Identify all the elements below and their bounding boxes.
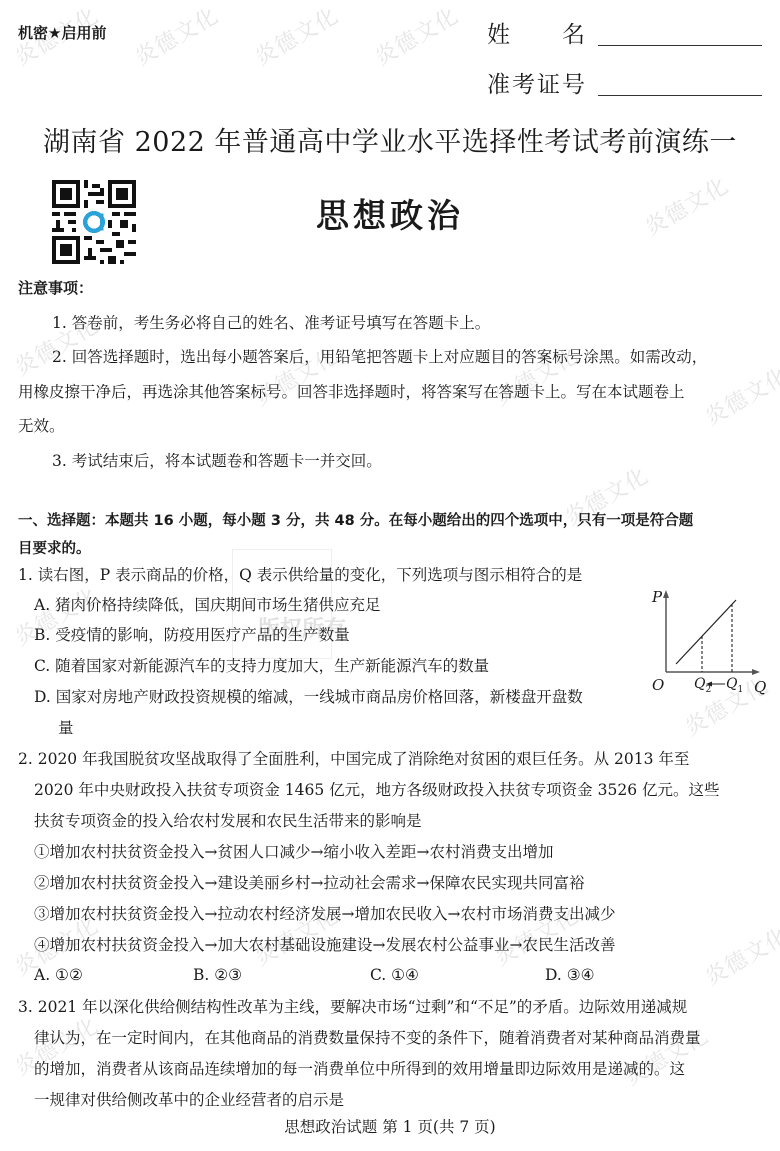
notice-item: 无效。	[18, 417, 65, 435]
question-2-statement-3: ③增加农村扶贫资金投入→拉动农村经济发展→增加农民收入→农村市场消费支出减少	[34, 905, 615, 923]
section-heading-cont: 目要求的。	[18, 540, 91, 558]
name-label: 姓 名	[487, 16, 587, 49]
question-3-stem-cont: 一规律对供给侧改革中的企业经营者的启示是	[34, 1091, 344, 1109]
question-1-option-b[interactable]: B. 受疫情的影响，防疫用医疗产品的生产数量	[34, 626, 350, 644]
question-2-choice-d[interactable]: D. ③④	[545, 966, 595, 984]
page-footer: 思想政治试题 第 1 页(共 7 页)	[0, 1115, 780, 1137]
q1-label: Q1	[726, 676, 743, 695]
notice-item: 3. 考试结束后，将本试题卷和答题卡一并交回。	[52, 452, 382, 470]
question-3-stem-cont: 律认为，在一定时间内，在其他商品的消费数量保持不变的条件下，随着消费者对某种商品…	[34, 1029, 701, 1047]
question-2-choice-c[interactable]: C. ①④	[370, 966, 419, 984]
question-1-option-d[interactable]: D. 国家对房地产财政投资规模的缩减，一线城市商品房价格回落，新楼盘开盘数	[34, 688, 583, 706]
supply-graph: P O Q Q2 Q1	[650, 590, 770, 700]
question-2-statement-1: ①增加农村扶贫资金投入→贫困人口减少→缩小收入差距→农村消费支出增加	[34, 843, 553, 861]
watermark: 炎德文化	[128, 0, 223, 72]
watermark: 炎德文化	[698, 919, 780, 992]
exam-id-field[interactable]	[598, 95, 762, 96]
watermark: 炎德文化	[368, 0, 463, 72]
question-1-stem: 1. 读右图，P 表示商品的价格，Q 表示供给量的变化，下列选项与图示相符合的是	[18, 566, 582, 584]
name-field[interactable]	[598, 45, 762, 46]
question-3-stem: 3. 2021 年以深化供给侧结构性改革为主线，要解决市场“过剩”和“不足”的矛…	[18, 998, 687, 1016]
x-axis-label: Q	[754, 678, 766, 696]
origin-label: O	[652, 676, 664, 694]
secret-mark: 机密★启用前	[18, 22, 106, 43]
question-2-choice-a[interactable]: A. ①②	[34, 966, 83, 984]
section-heading: 一、选择题：本题共 16 小题，每小题 3 分，共 48 分。在每小题给出的四个…	[18, 512, 693, 530]
question-2-stem: 2. 2020 年我国脱贫攻坚战取得了全面胜利，中国完成了消除绝对贫困的艰巨任务…	[18, 750, 689, 768]
question-2-statement-2: ②增加农村扶贫资金投入→建设美丽乡村→拉动社会需求→保障农民实现共同富裕	[34, 874, 584, 892]
y-axis-label: P	[652, 588, 662, 606]
question-1-option-c[interactable]: C. 随着国家对新能源汽车的支持力度加大，生产新能源汽车的数量	[34, 657, 489, 675]
notice-item: 2. 回答选择题时，选出每小题答案后，用铅笔把答题卡上对应题目的答案标号涂黑。如…	[52, 348, 707, 366]
question-2-stem-cont: 扶贫专项资金的投入给农村发展和农民生活带来的影响是	[34, 812, 422, 830]
question-1-option-d-cont: 量	[58, 719, 74, 737]
subject-title: 思想政治	[0, 190, 780, 237]
exam-id-label: 准考证号	[487, 66, 587, 99]
question-2-statement-4: ④增加农村扶贫资金投入→加大农村基础设施建设→发展农村公益事业→农民生活改善	[34, 936, 615, 954]
notice-item: 1. 答卷前，考生务必将自己的姓名、准考证号填写在答题卡上。	[52, 314, 490, 332]
question-2-stem-cont: 2020 年中央财政投入扶贫专项资金 1465 亿元，地方各级财政投入扶贫专项资…	[34, 781, 719, 799]
question-2-choice-b[interactable]: B. ②③	[193, 966, 242, 984]
watermark: 炎德文化	[248, 0, 343, 72]
notice-item: 用橡皮擦干净后，再选涂其他答案标号。回答非选择题时，将答案写在答题卡上。写在本试…	[18, 383, 685, 401]
question-3-stem-cont: 的增加，消费者从该商品连续增加的每一消费单位中所得到的效用增量即边际效用是递减的…	[34, 1060, 685, 1078]
q2-label: Q2	[694, 676, 711, 695]
notice-heading: 注意事项：	[18, 277, 93, 298]
question-1-option-a[interactable]: A. 猪肉价格持续降低，国庆期间市场生猪供应充足	[34, 596, 381, 614]
exam-title: 湖南省 2022 年普通高中学业水平选择性考试考前演练一	[0, 120, 780, 159]
watermark: 炎德文化	[698, 359, 780, 432]
